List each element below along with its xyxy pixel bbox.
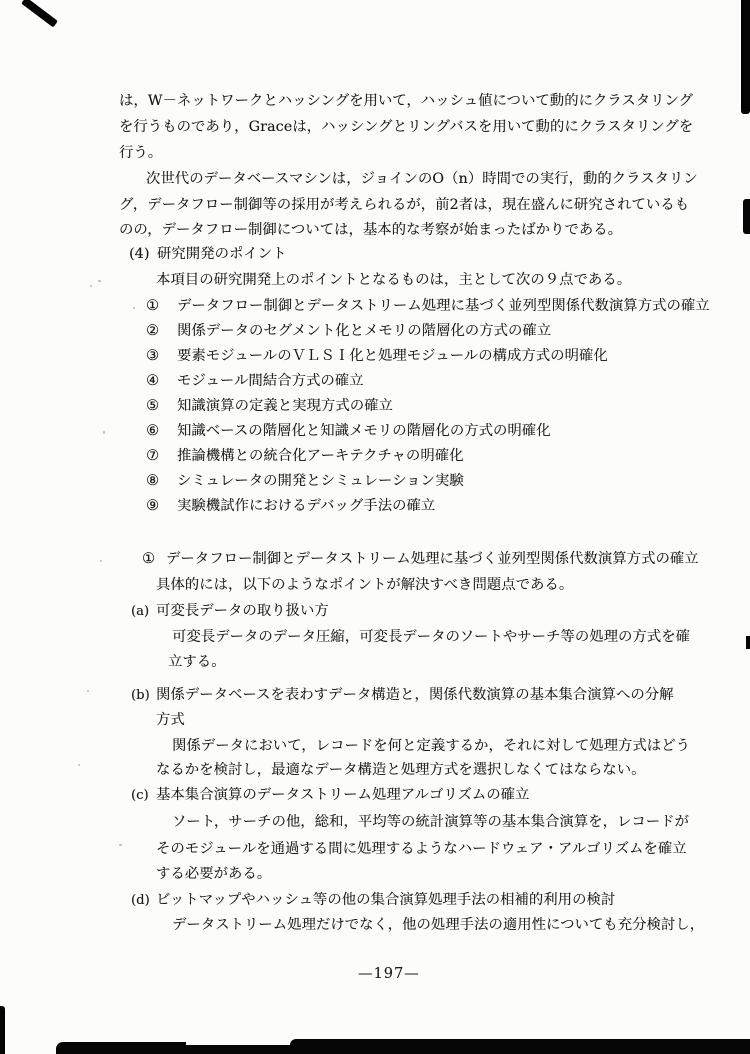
text-line: する必要がある。 <box>156 866 271 883</box>
text-line: ②関係データのセグメント化とメモリの階層化の方式の確立 <box>146 323 551 340</box>
text-line: 本項目の研究開発上のポイントとなるものは，主として次の９点である。 <box>156 272 631 289</box>
text-line: ①データフロー制御とデータストリーム処理に基づく並列型関係代数演算方式の確立 <box>146 298 710 315</box>
scan-speck <box>90 285 92 287</box>
line-text: 可変長データの取り扱い方 <box>156 603 329 619</box>
text-line: ④モジュール間結合方式の確立 <box>146 373 364 390</box>
text-line: ⑦推論機構との統合化アーキテクチャの明確化 <box>146 448 464 465</box>
line-text: モジュール間結合方式の確立 <box>177 373 364 389</box>
text-line: は，W－ネットワークとハッシングを用いて，ハッシュ値について動的にクラスタリング <box>119 93 693 110</box>
line-text: 知識ベースの階層化と知識メモリの階層化の方式の明確化 <box>177 423 551 439</box>
text-line: ⑧シミュレータの開発とシミュレーション実験 <box>146 473 464 490</box>
line-text: グ，データフロー制御等の採用が考えられるが，前2者は，現在盛んに研究されているも <box>119 197 689 213</box>
scan-artifact-right-mid <box>743 199 750 234</box>
line-text: 方式 <box>156 712 185 728</box>
scan-artifact-bottom-left <box>0 1006 5 1054</box>
text-line: (c)基本集合演算のデータストリーム処理アルゴリズムの確立 <box>131 787 529 804</box>
list-marker: ① <box>142 551 166 568</box>
line-text: を行うものであり，Graceは，ハッシングとリングバスを用いて動的にクラスタリン… <box>119 119 693 135</box>
scan-speck <box>98 280 101 282</box>
list-marker: (4) <box>129 246 157 263</box>
line-text: なるかを検討し，最適なデータ構造と処理方式を選択しなくてはならない。 <box>156 762 646 778</box>
scan-speck <box>87 690 89 692</box>
page-number: —197— <box>358 966 420 982</box>
list-marker: ④ <box>146 373 177 390</box>
line-text: 本項目の研究開発上のポイントとなるものは，主として次の９点である。 <box>156 272 631 288</box>
line-text: 関係データにおいて，レコードを何と定義するか，それに対して処理方式はどう <box>172 738 690 754</box>
text-line: ⑨実験機試作におけるデバッグ手法の確立 <box>146 498 435 515</box>
list-marker: ⑦ <box>146 448 177 465</box>
text-line: 方式 <box>156 712 185 729</box>
line-text: データストリーム処理だけでなく，他の処理手法の適用性についても充分検討し， <box>172 917 704 933</box>
list-marker: (c) <box>131 787 156 804</box>
line-text: のの，データフロー制御については，基本的な考察が始まったばかりである。 <box>119 222 622 238</box>
scan-artifact-bottom-band-left <box>56 1042 186 1054</box>
line-text: 実験機試作におけるデバッグ手法の確立 <box>177 498 435 514</box>
list-marker: ① <box>146 298 177 315</box>
text-line: そのモジュールを通過する間に処理するようなハードウェア・アルゴリズムを確立 <box>156 841 687 858</box>
line-text: ビットマップやハッシュ等の他の集合演算処理手法の相補的利用の検討 <box>156 892 615 908</box>
text-line: 可変長データのデータ圧縮，可変長データのソートやサーチ等の処理の方式を確 <box>172 629 690 646</box>
scan-artifact-right-top <box>741 0 750 114</box>
list-marker: ⑥ <box>146 423 177 440</box>
text-line: なるかを検討し，最適なデータ構造と処理方式を選択しなくてはならない。 <box>156 762 646 779</box>
text-line: のの，データフロー制御については，基本的な考察が始まったばかりである。 <box>119 222 622 239</box>
scan-speck <box>100 560 102 562</box>
line-text: 研究開発のポイント <box>157 246 287 262</box>
text-line: 行う。 <box>119 145 162 162</box>
scan-speck <box>133 307 135 309</box>
line-text: 推論機構との統合化アーキテクチャの明確化 <box>177 448 464 464</box>
list-marker: ② <box>146 323 177 340</box>
text-line: 具体的には，以下のようなポイントが解決すべき問題点である。 <box>156 577 573 594</box>
scan-artifact-right-small <box>746 636 750 649</box>
text-line: 立する。 <box>168 654 226 671</box>
line-text: 関係データのセグメント化とメモリの階層化の方式の確立 <box>177 323 551 339</box>
text-line: を行うものであり，Graceは，ハッシングとリングバスを用いて動的にクラスタリン… <box>119 119 693 136</box>
line-text: は，W－ネットワークとハッシングを用いて，ハッシュ値について動的にクラスタリング <box>119 93 693 109</box>
text-line: ③要素モジュールのＶＬＳＩ化と処理モジュールの構成方式の明確化 <box>146 348 608 365</box>
line-text: ソート，サーチの他，総和，平均等の統計演算等の基本集合演算を，レコードが <box>172 814 689 830</box>
line-text: 知識演算の定義と実現方式の確立 <box>177 398 393 414</box>
line-text: 立する。 <box>168 654 226 670</box>
line-text: 関係データベースを表わすデータ構造と，関係代数演算の基本集合演算への分解 <box>156 687 674 703</box>
scan-speck <box>119 844 122 846</box>
line-text: そのモジュールを通過する間に処理するようなハードウェア・アルゴリズムを確立 <box>156 841 687 857</box>
list-marker: (a) <box>131 603 156 620</box>
text-line: ソート，サーチの他，総和，平均等の統計演算等の基本集合演算を，レコードが <box>172 814 689 831</box>
list-marker: ⑤ <box>146 398 177 415</box>
line-text: 要素モジュールのＶＬＳＩ化と処理モジュールの構成方式の明確化 <box>177 348 608 364</box>
list-marker: ③ <box>146 348 177 365</box>
text-line: (a)可変長データの取り扱い方 <box>131 603 329 620</box>
list-marker: ⑨ <box>146 498 177 515</box>
list-marker: (d) <box>131 892 156 909</box>
text-line: (b)関係データベースを表わすデータ構造と，関係代数演算の基本集合演算への分解 <box>131 687 674 704</box>
line-text: 具体的には，以下のようなポイントが解決すべき問題点である。 <box>156 577 573 593</box>
line-text: 基本集合演算のデータストリーム処理アルゴリズムの確立 <box>156 787 529 803</box>
scan-artifact-top-left <box>21 0 58 27</box>
line-text: する必要がある。 <box>156 866 271 882</box>
text-line: ⑥知識ベースの階層化と知識メモリの階層化の方式の明確化 <box>146 423 551 440</box>
scan-speck <box>103 431 105 434</box>
scan-speck <box>78 764 80 766</box>
line-text: データフロー制御とデータストリーム処理に基づく並列型関係代数演算方式の確立 <box>177 298 710 314</box>
text-line: 関係データにおいて，レコードを何と定義するか，それに対して処理方式はどう <box>172 738 690 755</box>
text-line: (4)研究開発のポイント <box>129 246 287 263</box>
line-text: データフロー制御とデータストリーム処理に基づく並列型関係代数演算方式の確立 <box>166 551 699 567</box>
line-text: シミュレータの開発とシミュレーション実験 <box>177 473 464 489</box>
text-line: グ，データフロー制御等の採用が考えられるが，前2者は，現在盛んに研究されているも <box>119 197 689 214</box>
line-text: 可変長データのデータ圧縮，可変長データのソートやサーチ等の処理の方式を確 <box>172 629 690 645</box>
list-marker: (b) <box>131 687 156 704</box>
line-text: 行う。 <box>119 145 162 161</box>
scan-artifact-bottom-band-thick <box>290 1039 750 1054</box>
list-marker: ⑧ <box>146 473 177 490</box>
text-line: (d)ビットマップやハッシュ等の他の集合演算処理手法の相補的利用の検討 <box>131 892 615 909</box>
line-text: 次世代のデータベースマシンは，ジョインのO（n）時間での実行，動的クラスタリン <box>146 171 698 187</box>
text-line: ①データフロー制御とデータストリーム処理に基づく並列型関係代数演算方式の確立 <box>142 551 699 568</box>
scanned-page: は，W－ネットワークとハッシングを用いて，ハッシュ値について動的にクラスタリング… <box>0 0 750 1054</box>
text-line: 次世代のデータベースマシンは，ジョインのO（n）時間での実行，動的クラスタリン <box>146 171 698 188</box>
text-line: ⑤知識演算の定義と実現方式の確立 <box>146 398 393 415</box>
text-line: データストリーム処理だけでなく，他の処理手法の適用性についても充分検討し， <box>172 917 704 934</box>
